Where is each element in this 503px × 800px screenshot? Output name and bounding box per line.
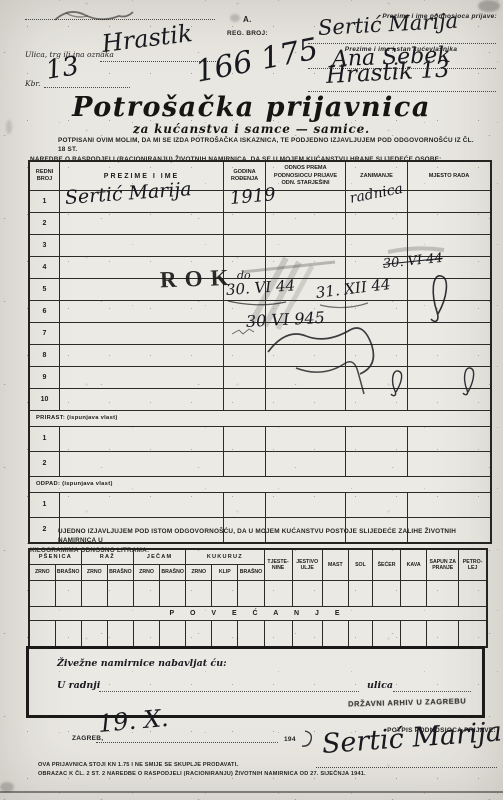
house-number-handwritten: 13 — [44, 53, 81, 84]
scan-artifact — [230, 14, 240, 22]
scan-artifact — [478, 0, 500, 12]
prirast-row: 2 — [30, 452, 490, 477]
handwritten-year-curl — [302, 731, 311, 746]
year-printed: 194 — [284, 736, 296, 743]
person-row: 1 Sertić Marija 1919 radnica — [30, 191, 490, 213]
house-number-label: Kbr. — [25, 79, 41, 88]
person-row: 9 — [30, 367, 490, 389]
group-raz: RAŽ — [81, 549, 133, 565]
odpad-row: 1 — [30, 493, 490, 518]
reg-number-label: REG. BROJ: — [227, 30, 268, 37]
group-jecam: JEČAM — [133, 549, 185, 565]
col-mast: MAST — [322, 549, 348, 581]
street-value-handwritten: Hrastik — [101, 21, 194, 56]
group-kukuruz: KUKURUZ — [186, 549, 264, 565]
landlord-address-handwritten: Hrastik 13 — [325, 59, 450, 88]
applicant-name-handwritten: Sertić Marija — [317, 11, 458, 39]
shop-declaration-box: Živežne namirnice nabavljat ću: U radnji… — [26, 646, 485, 718]
declaration-line-1: UJEDNO IZJAVLJUJEM POD ISTOM ODGOVORNOŠĆ… — [30, 527, 478, 546]
col-jestivo-ulje: JESTIVO ULJE — [292, 549, 322, 581]
shop-radnja-label: U radnji — [57, 681, 100, 691]
supplies-group-header-row: PŠENICA RAŽ JEČAM KUKURUZ TJESTE-NINE JE… — [29, 549, 487, 565]
col-sol: SOL — [348, 549, 372, 581]
archive-stamp: DRŽAVNI ARHIV U ZAGREBU — [348, 696, 467, 708]
supplies-empty-row — [29, 581, 487, 607]
col-petrolej: PETRO-LEJ — [459, 549, 487, 581]
col-header-mjesto-rada: MJESTO RADA — [408, 162, 490, 191]
col-secer: ŠEĆER — [372, 549, 400, 581]
form-title: Potrošačka prijavnica — [0, 92, 503, 123]
shop-ulica-label: ulica — [367, 681, 393, 691]
reg-number-handwritten: 166 175 — [193, 35, 321, 88]
col-kava: KAVA — [401, 549, 427, 581]
price-note: OVA PRIJAVNICA STOJI KN 1.75 I NE SMIJE … — [38, 761, 468, 770]
person-row: 2 — [30, 213, 490, 235]
regulation-note: OBRAZAC K ČL. 2 ST. 2 NAREDBE O RASPODJE… — [38, 770, 468, 779]
person-row: 8 — [30, 345, 490, 367]
date-handwritten: 19. X. — [97, 706, 169, 736]
form-letter: A. — [243, 15, 252, 24]
supplies-empty-row — [29, 621, 487, 648]
scan-scribble — [66, 13, 88, 17]
col-header-redni-broj: REDNI BROJ — [30, 162, 60, 191]
shop-street-line — [393, 691, 471, 692]
person-row: 10 — [30, 389, 490, 411]
prirast-section-label: PRIRAST: (ispunjava vlast) — [30, 411, 490, 427]
povecanje-label: P O V E Ć A N J E — [29, 607, 487, 621]
scan-artifact — [6, 120, 12, 134]
deadline-date-3-handwritten: 30 VI 945 — [246, 310, 326, 330]
prirast-row: 1 — [30, 427, 490, 452]
intro-line-1: POTPISANI OVIM MOLIM, DA MI SE IZDA POTR… — [30, 136, 478, 155]
scan-artifact — [0, 782, 14, 792]
date-line — [96, 742, 278, 743]
odpad-section-label: ODPAD: (ispunjava vlast) — [30, 477, 490, 493]
signature-handwritten: Sertić Marija — [321, 718, 503, 758]
shop-name-line — [99, 691, 359, 692]
col-header-odnos: ODNOS PREMA PODNOSIOCU PRIJAVE ODN. STAR… — [266, 162, 346, 191]
house-number-line — [44, 87, 130, 88]
povecanje-band-row: P O V E Ć A N J E — [29, 607, 487, 621]
scanned-form: Ulica, trg ili ina oznaka Hrastik Kbr. 1… — [0, 0, 503, 800]
shop-intro-label: Živežne namirnice nabavljat ću: — [57, 659, 227, 669]
col-sapun: SAPUN ZA PRANJE — [427, 549, 459, 581]
form-subtitle: za kućanstva i samce — samice. — [0, 122, 503, 136]
persons-table: REDNI BROJ PREZIME I IME GODINA ROĐENJA … — [28, 160, 492, 544]
group-psenica: PŠENICA — [29, 549, 81, 565]
supplies-table: PŠENICA RAŽ JEČAM KUKURUZ TJESTE-NINE JE… — [28, 548, 488, 648]
col-tjestenine: TJESTE-NINE — [264, 549, 292, 581]
